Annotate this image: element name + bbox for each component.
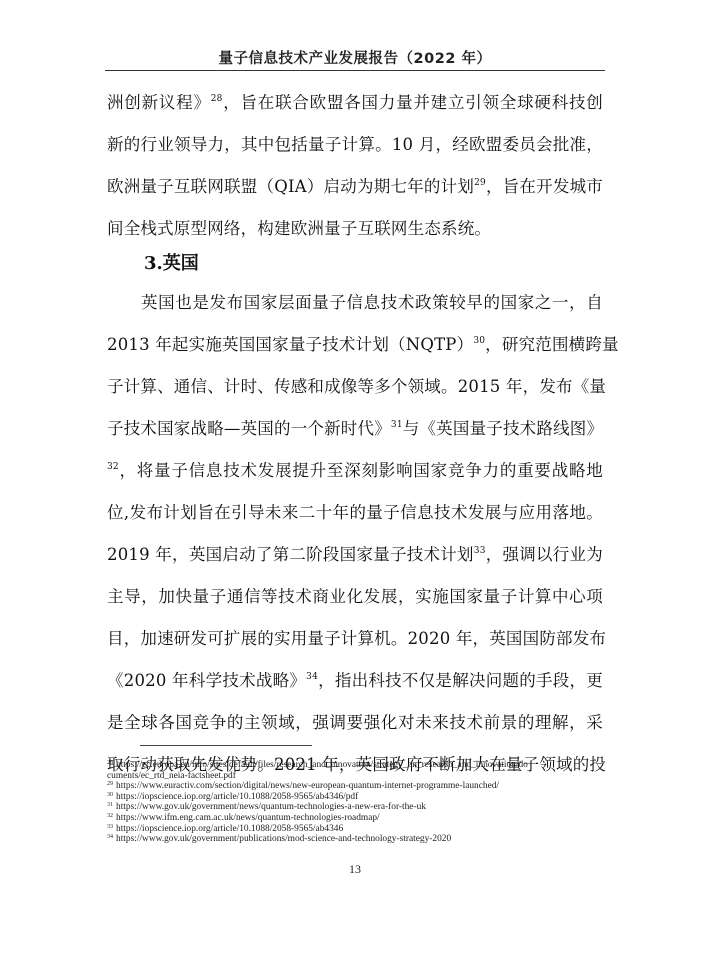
- text-line: 子计算、通信、计时、传感和成像等多个领域。2015 年，发布《量: [107, 375, 603, 399]
- text-line: 主导，加快量子通信等技术商业化发展，实施国家量子计算中心项: [107, 585, 603, 609]
- footnote-link[interactable]: https://iopscience.iop.org/article/10.10…: [116, 824, 343, 834]
- footnote-34[interactable]: 34https://www.gov.uk/government/publicat…: [107, 834, 607, 845]
- footnote-31[interactable]: 31https://www.gov.uk/government/news/qua…: [107, 802, 607, 813]
- text-line: 是全球各国竞争的主领域，强调要强化对未来技术前景的理解，采: [107, 711, 603, 735]
- header-divider: [105, 70, 605, 71]
- text-line: 子技术国家战略—英国的一个新时代》31与《英国量子技术路线图》: [107, 417, 603, 441]
- footnote-link[interactable]: https://ec.europa.eu/info/sites/default/…: [116, 760, 528, 770]
- text-line: 目，加速研发可扩展的实用量子计算机。2020 年，英国国防部发布: [107, 627, 603, 651]
- section-heading-uk: 3.英国: [144, 249, 199, 275]
- footnote-link[interactable]: https://www.ifm.eng.cam.ac.uk/news/quant…: [116, 813, 380, 823]
- footnote-ref-29[interactable]: 29: [474, 178, 486, 188]
- text-line: 2019 年，英国启动了第二阶段国家量子技术计划33，强调以行业为: [107, 543, 603, 567]
- footnote-29[interactable]: 29https://www.euractiv.com/section/digit…: [107, 781, 607, 792]
- footnotes-list: 28https://ec.europa.eu/info/sites/defaul…: [107, 760, 607, 845]
- footnote-33[interactable]: 33https://iopscience.iop.org/article/10.…: [107, 824, 607, 835]
- text-line: 32，将量子信息技术发展提升至深刻影响国家竞争力的重要战略地: [107, 459, 603, 483]
- footnote-ref-32[interactable]: 32: [107, 462, 119, 472]
- footnote-30[interactable]: 30https://iopscience.iop.org/article/10.…: [107, 792, 607, 803]
- footnote-28[interactable]: 28https://ec.europa.eu/info/sites/defaul…: [107, 760, 607, 771]
- text-line: 洲创新议程》28，旨在联合欧盟各国力量并建立引领全球硬科技创: [107, 91, 603, 115]
- footnote-ref-33[interactable]: 33: [474, 546, 486, 556]
- footnote-link[interactable]: https://www.gov.uk/government/publicatio…: [116, 834, 451, 844]
- running-header-title: 量子信息技术产业发展报告（2022 年）: [105, 47, 605, 68]
- text-line: 英国也是发布国家层面量子信息技术政策较早的国家之一，自: [141, 291, 603, 315]
- text-line: 位,发布计划旨在引导未来二十年的量子信息技术发展与应用落地。: [107, 501, 603, 525]
- footnote-28-continuation[interactable]: cuments/ec_rtd_neia-factsheet.pdf: [107, 771, 607, 782]
- footnote-link[interactable]: cuments/ec_rtd_neia-factsheet.pdf: [107, 771, 236, 781]
- footnote-link[interactable]: https://www.gov.uk/government/news/quant…: [116, 802, 426, 812]
- footnote-ref-31[interactable]: 31: [391, 420, 403, 430]
- footnote-ref-30[interactable]: 30: [473, 336, 485, 346]
- text-line: 间全栈式原型网络，构建欧洲量子互联网生态系统。: [107, 217, 603, 241]
- footnote-ref-34[interactable]: 34: [306, 672, 318, 682]
- text-line: 欧洲量子互联网联盟（QIA）启动为期七年的计划29，旨在开发城市: [107, 175, 603, 199]
- text-line: 新的行业领导力，其中包括量子计算。10 月，经欧盟委员会批准，: [107, 133, 603, 157]
- footnote-link[interactable]: https://www.euractiv.com/section/digital…: [116, 781, 499, 791]
- footnote-link[interactable]: https://iopscience.iop.org/article/10.10…: [116, 792, 358, 802]
- text-line: 《2020 年科学技术战略》34，指出科技不仅是解决问题的手段，更: [107, 669, 603, 693]
- page-number: 13: [105, 862, 605, 877]
- footnote-32[interactable]: 32https://www.ifm.eng.cam.ac.uk/news/qua…: [107, 813, 607, 824]
- footnote-ref-28[interactable]: 28: [211, 94, 223, 104]
- footnote-separator: [140, 745, 312, 746]
- text-line: 2013 年起实施英国国家量子技术计划（NQTP）30，研究范围横跨量: [107, 333, 603, 357]
